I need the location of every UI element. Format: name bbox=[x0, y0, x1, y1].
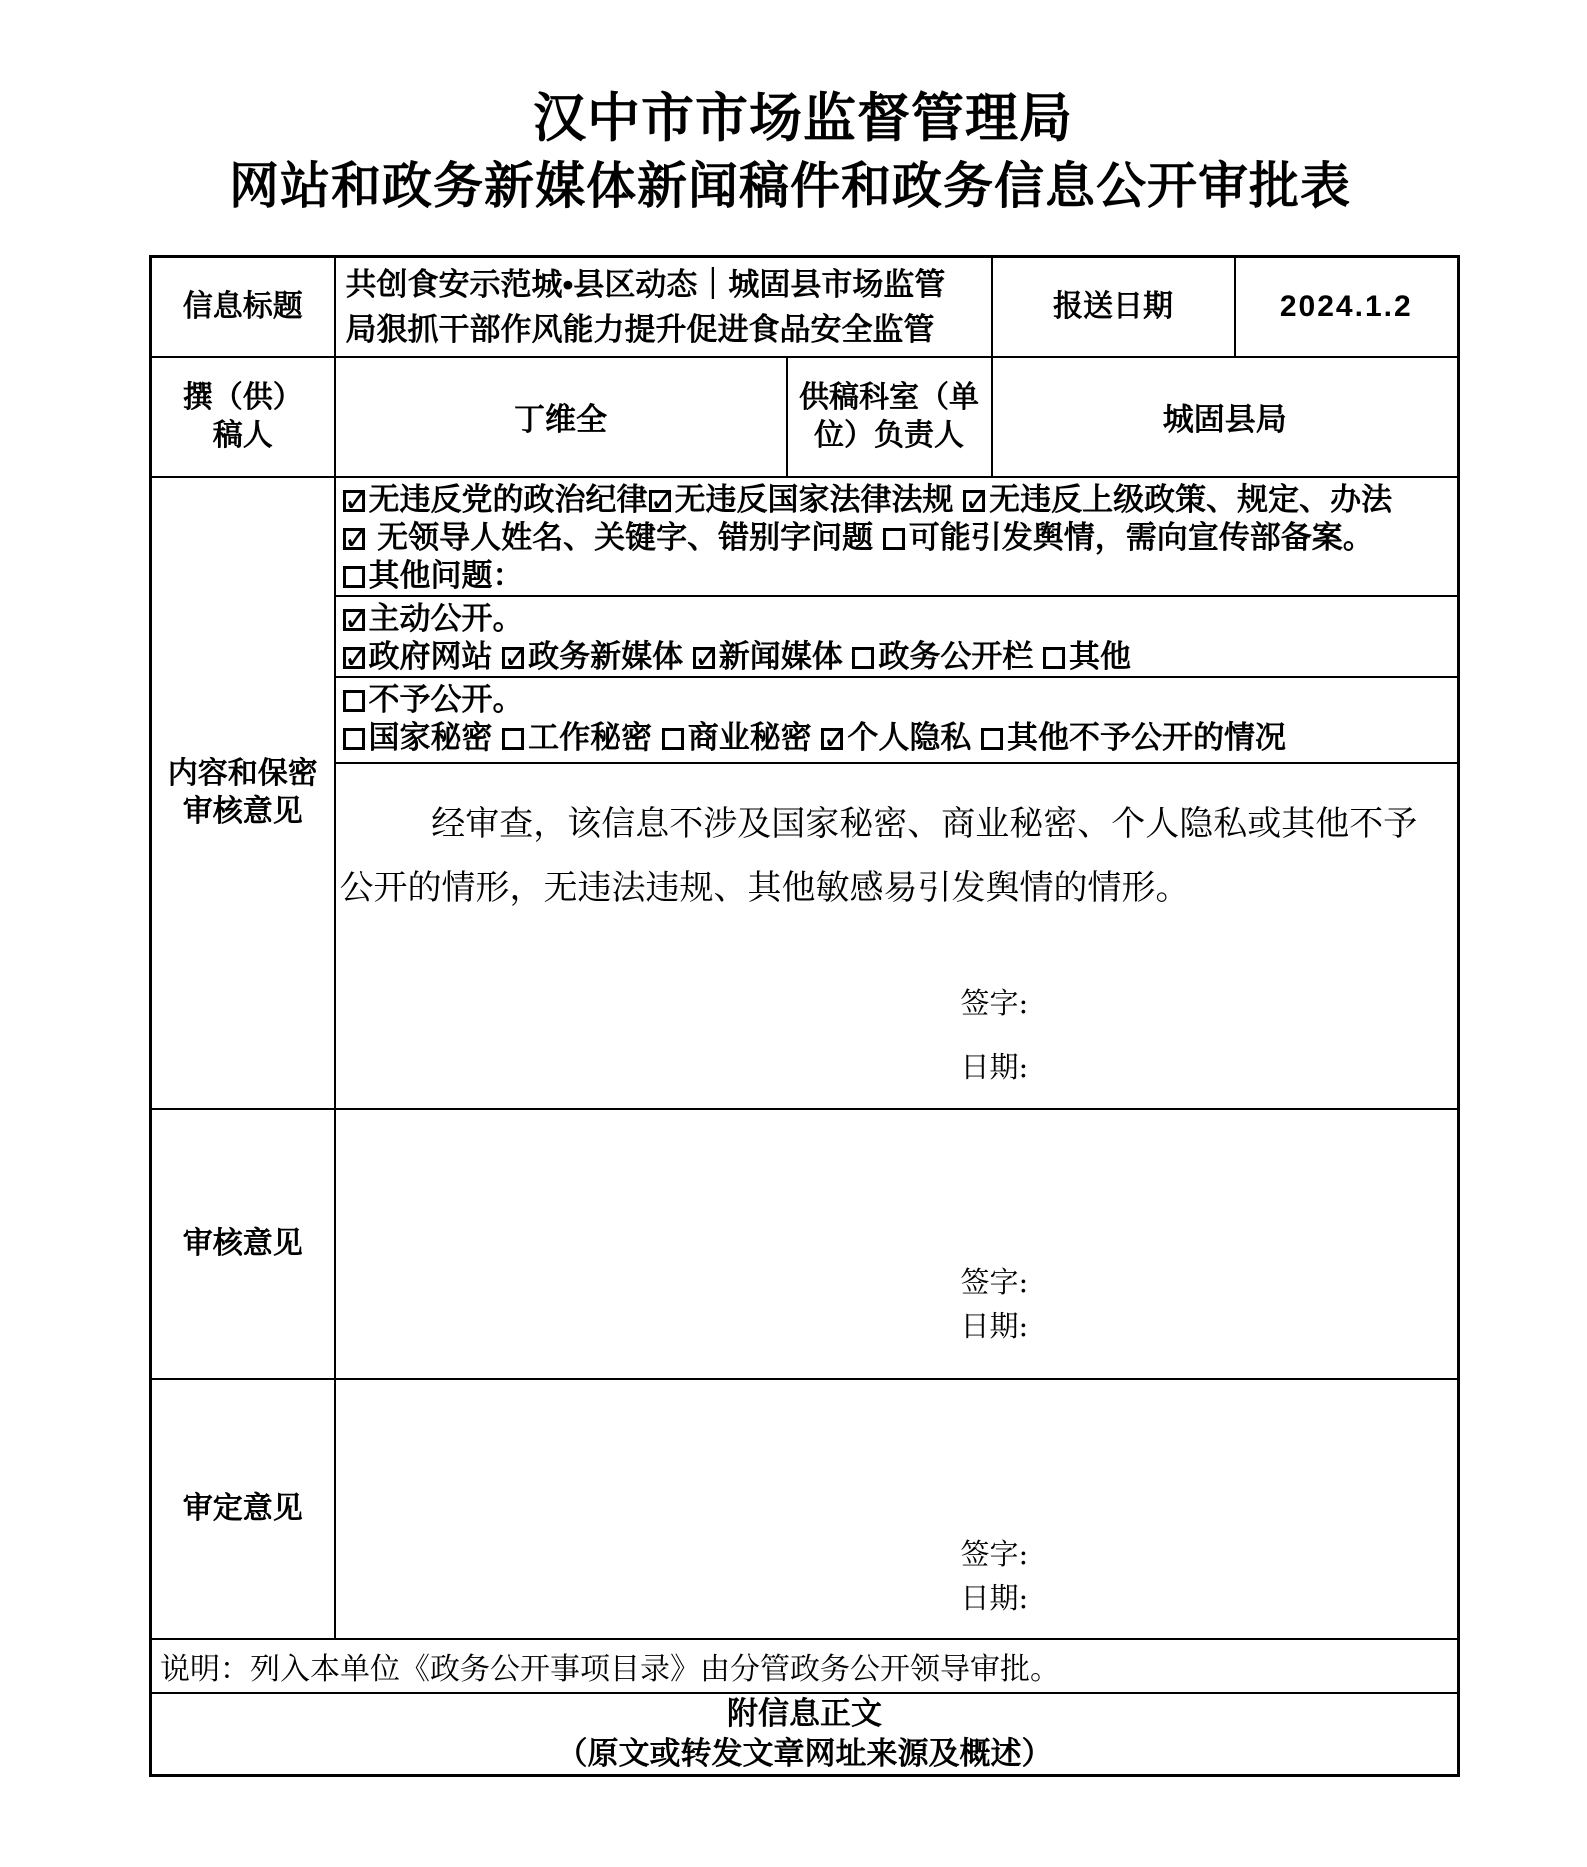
info-title-label: 信息标题 bbox=[151, 257, 335, 357]
check-section-nonpublish: 不予公开。国家秘密 工作秘密 商业秘密 个人隐私 其他不予公开的情况 bbox=[335, 677, 1459, 763]
audit-sign-block: 签字: 日期: bbox=[961, 1260, 1029, 1348]
checkbox-checked-icon bbox=[343, 528, 365, 550]
check-option-label: 无违反党的政治纪律 bbox=[369, 482, 648, 517]
check-option-label: 无违反国家法律法规 bbox=[675, 482, 963, 517]
dept-head-value: 城固县局 bbox=[992, 357, 1459, 477]
row-info-title: 信息标题 共创食安示范城•县区动态｜城固县市场监管 局狠抓干部作风能力提升促进食… bbox=[151, 257, 1459, 357]
checkbox-unchecked-icon bbox=[502, 728, 524, 750]
check-option-label: 新闻媒体 bbox=[719, 639, 852, 674]
check-option-label: 商业秘密 bbox=[688, 720, 821, 755]
checkbox-checked-icon bbox=[963, 490, 985, 512]
final-opinion-cell: 签字: 日期: bbox=[335, 1379, 1459, 1639]
row-audit-opinion: 审核意见 签字: 日期: bbox=[151, 1109, 1459, 1379]
checkbox-checked-icon bbox=[343, 609, 365, 631]
check-line: 其他问题： bbox=[342, 557, 1454, 595]
check-line: 无领导人姓名、关键字、错别字问题 可能引发舆情，需向宣传部备案。 bbox=[342, 519, 1454, 557]
checkbox-checked-icon bbox=[693, 647, 715, 669]
review-conclusion-cell: 经审查，该信息不涉及国家秘密、商业秘密、个人隐私或其他不予公开的情形，无违法违规… bbox=[335, 763, 1459, 1109]
checkbox-unchecked-icon bbox=[981, 728, 1003, 750]
content-review-sign-block: 签字: 日期: bbox=[961, 971, 1029, 1099]
check-option-label: 其他问题： bbox=[369, 558, 524, 593]
signature-label: 签字: bbox=[961, 971, 1029, 1035]
check-option-label: 其他不予公开的情况 bbox=[1007, 720, 1286, 755]
check-option-label: 政务公开栏 bbox=[878, 639, 1042, 674]
checkbox-unchecked-icon bbox=[662, 728, 684, 750]
checkbox-unchecked-icon bbox=[1043, 647, 1065, 669]
date-label: 日期: bbox=[961, 1035, 1029, 1099]
check-option-label: 不予公开。 bbox=[369, 682, 524, 717]
row-attachment-header: 附信息正文 （原文或转发文章网址来源及概述） bbox=[151, 1693, 1459, 1776]
submit-date-label: 报送日期 bbox=[992, 257, 1235, 357]
review-conclusion-text: 经审查，该信息不涉及国家秘密、商业秘密、个人隐私或其他不予公开的情形，无违法违规… bbox=[336, 764, 1458, 920]
checkbox-checked-icon bbox=[343, 490, 365, 512]
row-review-conclusion: 经审查，该信息不涉及国家秘密、商业秘密、个人隐私或其他不予公开的情形，无违法违规… bbox=[151, 763, 1459, 1109]
check-option-label: 无违反上级政策、规定、办法 bbox=[989, 482, 1392, 517]
check-line: 不予公开。 bbox=[342, 681, 1454, 719]
check-line: 无违反党的政治纪律无违反国家法律法规 无违反上级政策、规定、办法 bbox=[342, 481, 1454, 519]
dept-head-label: 供稿科室（单 位）负责人 bbox=[787, 357, 992, 477]
final-sign-block: 签字: 日期: bbox=[961, 1532, 1029, 1620]
attachment-subtitle: （原文或转发文章网址来源及概述） bbox=[152, 1734, 1457, 1774]
row-publish-checks: 主动公开。政府网站 政务新媒体 新闻媒体 政务公开栏 其他 bbox=[151, 596, 1459, 677]
approval-form-table: 信息标题 共创食安示范城•县区动态｜城固县市场监管 局狠抓干部作风能力提升促进食… bbox=[149, 255, 1460, 1777]
note-text: 说明：列入本单位《政务公开事项目录》由分管政务公开领导审批。 bbox=[151, 1639, 1459, 1693]
audit-opinion-cell: 签字: 日期: bbox=[335, 1109, 1459, 1379]
author-label: 撰（供） 稿人 bbox=[151, 357, 335, 477]
info-title-value: 共创食安示范城•县区动态｜城固县市场监管 局狠抓干部作风能力提升促进食品安全监管 bbox=[335, 257, 992, 357]
final-opinion-label: 审定意见 bbox=[151, 1379, 335, 1639]
date-label: 日期: bbox=[961, 1304, 1029, 1348]
author-value: 丁维全 bbox=[335, 357, 787, 477]
checkbox-unchecked-icon bbox=[343, 690, 365, 712]
submit-date-value: 2024.1.2 bbox=[1235, 257, 1459, 357]
check-option-label: 国家秘密 bbox=[369, 720, 502, 755]
check-option-label: 可能引发舆情，需向宣传部备案。 bbox=[909, 520, 1374, 555]
audit-opinion-label: 审核意见 bbox=[151, 1109, 335, 1379]
checkbox-unchecked-icon bbox=[883, 528, 905, 550]
check-option-label: 政务新媒体 bbox=[528, 639, 692, 674]
check-option-label: 个人隐私 bbox=[847, 720, 980, 755]
check-option-label: 政府网站 bbox=[369, 639, 502, 674]
row-note: 说明：列入本单位《政务公开事项目录》由分管政务公开领导审批。 bbox=[151, 1639, 1459, 1693]
document-title-line2: 网站和政务新媒体新闻稿件和政务信息公开审批表 bbox=[120, 146, 1460, 218]
checkbox-checked-icon bbox=[343, 647, 365, 669]
row-compliance-checks: 内容和保密 审核意见 无违反党的政治纪律无违反国家法律法规 无违反上级政策、规定… bbox=[151, 477, 1459, 596]
checkbox-checked-icon bbox=[649, 490, 671, 512]
row-nonpublish-checks: 不予公开。国家秘密 工作秘密 商业秘密 个人隐私 其他不予公开的情况 bbox=[151, 677, 1459, 763]
checkbox-unchecked-icon bbox=[852, 647, 874, 669]
check-section-publish: 主动公开。政府网站 政务新媒体 新闻媒体 政务公开栏 其他 bbox=[335, 596, 1459, 677]
check-option-label: 无领导人姓名、关键字、错别字问题 bbox=[369, 520, 882, 555]
document-title-line1: 汉中市市场监督管理局 bbox=[149, 76, 1457, 152]
checkbox-checked-icon bbox=[821, 728, 843, 750]
check-option-label: 工作秘密 bbox=[528, 720, 661, 755]
checkbox-unchecked-icon bbox=[343, 728, 365, 750]
signature-label: 签字: bbox=[961, 1532, 1029, 1576]
checkbox-unchecked-icon bbox=[343, 566, 365, 588]
checkbox-checked-icon bbox=[502, 647, 524, 669]
check-option-label: 主动公开。 bbox=[369, 601, 524, 636]
signature-label: 签字: bbox=[961, 1260, 1029, 1304]
check-option-label: 其他 bbox=[1069, 639, 1131, 674]
row-final-opinion: 审定意见 签字: 日期: bbox=[151, 1379, 1459, 1639]
check-line: 国家秘密 工作秘密 商业秘密 个人隐私 其他不予公开的情况 bbox=[342, 719, 1454, 757]
attachment-title: 附信息正文 bbox=[152, 1694, 1457, 1734]
check-section-compliance: 无违反党的政治纪律无违反国家法律法规 无违反上级政策、规定、办法 无领导人姓名、… bbox=[335, 477, 1459, 596]
attachment-header-cell: 附信息正文 （原文或转发文章网址来源及概述） bbox=[151, 1693, 1459, 1776]
content-review-label: 内容和保密 审核意见 bbox=[151, 477, 335, 1109]
date-label: 日期: bbox=[961, 1576, 1029, 1620]
check-line: 主动公开。 bbox=[342, 600, 1454, 638]
row-author: 撰（供） 稿人 丁维全 供稿科室（单 位）负责人 城固县局 bbox=[151, 357, 1459, 477]
document-page: 汉中市市场监督管理局 网站和政务新媒体新闻稿件和政务信息公开审批表 信息标题 共… bbox=[0, 0, 1587, 1867]
check-line: 政府网站 政务新媒体 新闻媒体 政务公开栏 其他 bbox=[342, 638, 1454, 676]
